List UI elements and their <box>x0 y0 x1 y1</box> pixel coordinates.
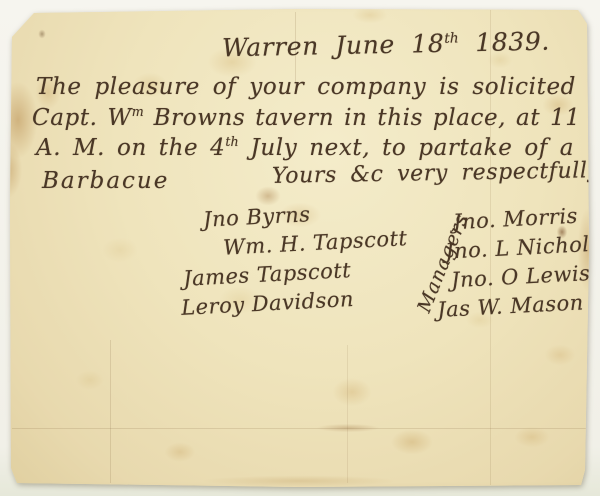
body-line-3-rest: July next, to partake of a <box>239 135 575 161</box>
paper-shadow: Warren June 18th 1839. The pleasure of y… <box>0 0 600 496</box>
body-line-2-rest: Browns tavern in this place, at 11 Ocloc… <box>144 105 600 131</box>
dateline-superscript: th <box>444 30 459 46</box>
fold-crease <box>12 428 588 429</box>
dateline-text: Warren June 18 <box>222 29 445 63</box>
dateline-year: 1839. <box>458 27 550 58</box>
signatures-right-column: Jno. Morris Jno. L Nicholas Jno. O Lewis… <box>438 209 600 325</box>
body-line-1: The pleasure of your company is solicite… <box>36 74 600 100</box>
closing-line: Yours &c very respectfully <box>272 158 600 189</box>
fold-crease <box>110 340 111 483</box>
document-paper: Warren June 18th 1839. The pleasure of y… <box>0 0 600 496</box>
body-line-3-text: A. M. on the 4 <box>36 135 225 161</box>
fold-crease <box>347 345 348 483</box>
wm-superscript: m <box>132 104 144 119</box>
fourth-superscript: th <box>225 134 238 149</box>
body-line-4: Barbacue <box>42 168 169 194</box>
body-line-3: A. M. on the 4th July next, to partake o… <box>36 134 574 161</box>
dateline: Warren June 18th 1839. <box>222 27 550 63</box>
scanned-document-image: Warren June 18th 1839. The pleasure of y… <box>0 0 600 496</box>
signatures-left-column: Jno Byrns Wm. H. Tapscott James Tapscott… <box>180 207 408 323</box>
body-line-2-text: Capt. W <box>32 105 132 131</box>
body-line-2: Capt. Wm Browns tavern in this place, at… <box>32 104 600 131</box>
